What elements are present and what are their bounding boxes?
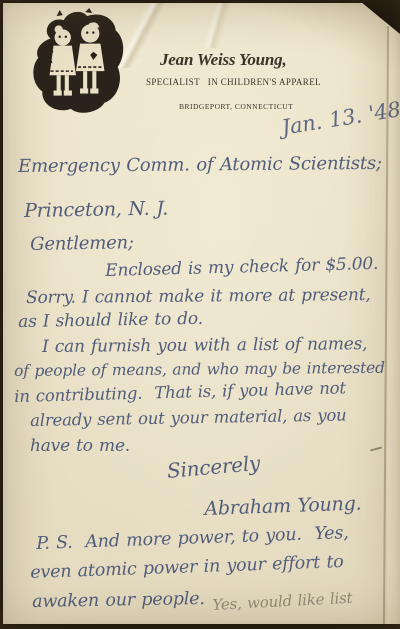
address-line-2: Princeton, N. J. (24, 197, 168, 222)
body-line: as I should like to do. (18, 309, 203, 332)
body-line: I can furnish you with a list of names, (42, 334, 367, 357)
scan-edge-left (0, 0, 3, 629)
two-children-illustration (26, 8, 128, 118)
address-line-1: Emergency Comm. of Atomic Scientists; (18, 153, 382, 177)
letterhead-city: BRIDGEPORT, CONNECTICUT (179, 102, 293, 111)
salutation: Gentlemen; (30, 232, 134, 255)
two-children-logo (26, 8, 128, 118)
body-line: have to me. (30, 436, 130, 456)
scan-edge-bottom (0, 624, 400, 629)
letterhead-tagline: SPECIALIST IN CHILDREN'S APPAREL (146, 77, 321, 87)
letter-scan: Jean Weiss Young, SPECIALIST IN CHILDREN… (0, 0, 400, 629)
postscript-line: awaken our people. (32, 589, 205, 612)
letterhead-company-name: Jean Weiss Young, (160, 50, 287, 70)
body-line: of people of means, and who may be inter… (14, 359, 385, 380)
scan-edge-top (0, 0, 400, 3)
body-line: Sorry. I cannot make it more at present, (26, 285, 371, 308)
